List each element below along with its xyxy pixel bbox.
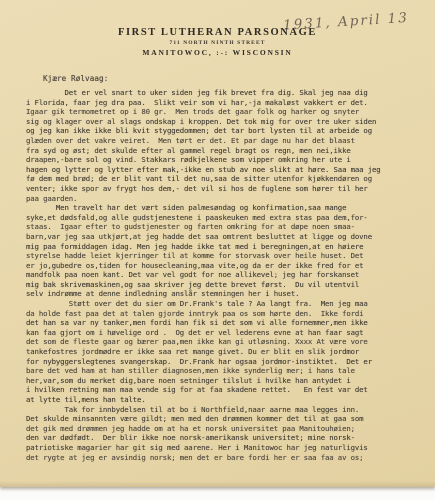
letter-line: den var dødfødt. Der blir ikke noe norsk… [26, 433, 421, 443]
letter-line: tankefostres jordmødre er ikke saa ret m… [26, 347, 421, 357]
letterhead-name: FIRST LUTHERAN PARSONAGE [0, 27, 435, 38]
letter-line: patriotiske magarier har git sig med aar… [26, 443, 421, 453]
letter-line: det han sa var ny tanker,men fordi han f… [26, 318, 421, 328]
letter-line: staas. Igaar efter to gudstjenester og f… [26, 222, 421, 232]
letter-line: selv indrømme at denne indledning anslår… [26, 289, 421, 299]
salutation: Kjære Rølvaag: [43, 74, 108, 83]
letterhead: FIRST LUTHERAN PARSONAGE 711 NORTH NINTH… [0, 27, 435, 57]
letter-body: Det er vel snart to uker siden jeg fik b… [26, 88, 421, 462]
letter-line: da holde fast paa det at talen gjorde in… [26, 309, 421, 319]
letter-paper: 1931, April 13 FIRST LUTHERAN PARSONAGE … [0, 0, 435, 487]
letter-line: i hvilken retning man maa vende sig for … [26, 385, 421, 395]
letter-line: Det skulde minsannten være gildt; men me… [26, 414, 421, 424]
letterhead-city: MANITOWOC, :-: WISCONSIN [0, 48, 435, 57]
letter-line: Men travelt har det vært siden palmesønd… [26, 203, 421, 213]
letter-line: Støtt over det du sier om Dr.Frank's tal… [26, 299, 421, 309]
letter-line: det som de fleste gaar og bærer paa,men … [26, 337, 421, 347]
letter-line: Igaar gik termometret op i 80 gr. Men tr… [26, 107, 421, 117]
letter-line: det rygte at jeg er avsindig norsk; men … [26, 453, 421, 463]
letter-line: her,var,som du merket dig,bare noen setn… [26, 376, 421, 386]
letterhead-street: 711 NORTH NINTH STREET [0, 40, 435, 46]
letter-line: og jeg kan ikke ikke bli kvit styggedomm… [26, 126, 421, 136]
letter-line: glæden over det vakre veiret. Men tørt e… [26, 136, 421, 146]
letter-line: er jo,gubedre os,tiden for housecleaning… [26, 261, 421, 271]
letter-line: for nybyggerslegtenes svangerskap. Dr.Fr… [26, 357, 421, 367]
letter-line: styrelse hadde leiet kjerringer til at k… [26, 251, 421, 261]
letter-line: kan faa gjort om i høvelige ord . Og det… [26, 328, 421, 338]
letter-line: bare det ved ham at han stiller diagnose… [26, 366, 421, 376]
letter-line: Tak for innbydelsen til at bo i Northfie… [26, 405, 421, 415]
letter-line: mandfolk paa noen kant. Det var vel godt… [26, 270, 421, 280]
letter-line: sig og klager over al slags ondskap i kr… [26, 117, 421, 127]
letter-line: syke,et dødsfald,og alle gudstjenestene … [26, 213, 421, 223]
letter-line: det gik med drømmen jeg hadde om at ha e… [26, 424, 421, 434]
letter-line: mig paa formiddagen idag. Men jeg hadde … [26, 242, 421, 252]
letter-line: venter; ikke spor av frygt hos dem,- det… [26, 184, 421, 194]
letter-line: hagen og lytter og lytter efter mak,-ikk… [26, 165, 421, 175]
letter-line: draapen,-bare sol og vind. Stakkars rødk… [26, 155, 421, 165]
letter-line: paa gaarden. [26, 194, 421, 204]
letter-line: Det er vel snart to uker siden jeg fik b… [26, 88, 421, 98]
letter-line: fra syd og øst; det skulde efter al gamm… [26, 146, 421, 156]
letter-line: fø dem med brød; de er blit vant til det… [26, 174, 421, 184]
letter-line: at lytte til,mens han talte. [26, 395, 421, 405]
letter-line: barn,var jeg saa utkjørt,at jeg hadde de… [26, 232, 421, 242]
letter-line: i Florida, faar jeg dra paa. Slikt veir … [26, 98, 421, 108]
